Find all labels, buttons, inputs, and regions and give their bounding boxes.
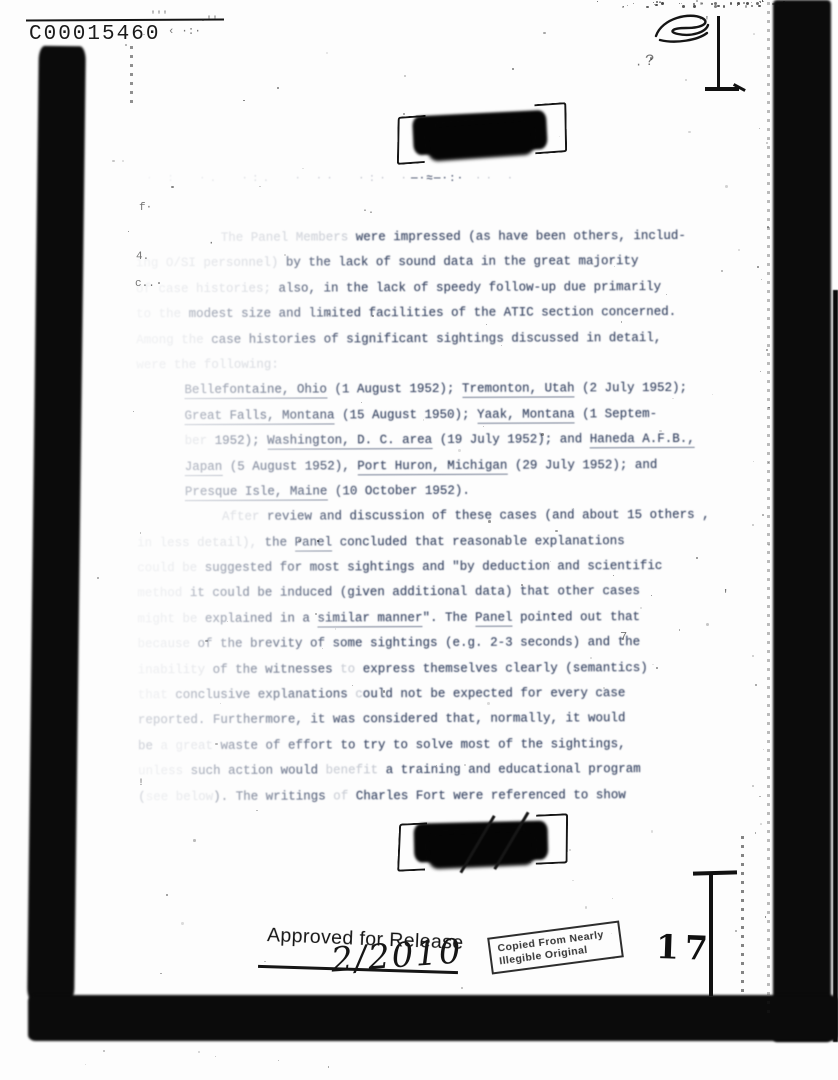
doc-line: method it could be induced (given additi… — [137, 584, 737, 612]
noise-dot — [575, 669, 577, 671]
stray-mark: ‹ ·:· — [168, 26, 201, 38]
doc-line: After review and discussion of these cas… — [137, 508, 737, 536]
noise-dot — [128, 231, 129, 232]
noise-dot — [125, 44, 127, 46]
stray-mark: 7 — [620, 630, 627, 644]
noise-dot — [112, 160, 115, 163]
case-list: Bellefontaine, Ohio (1 August 1952); Tre… — [184, 381, 737, 510]
stray-mark: ? — [645, 52, 655, 70]
noise-dot — [755, 832, 757, 834]
noise-dot — [259, 186, 261, 188]
heading-dark-fragment: —·≈—·:· — [411, 173, 464, 185]
scan-noise-column — [741, 836, 744, 994]
noise-dot — [569, 849, 571, 851]
redaction-blob — [426, 118, 534, 161]
stray-mark: ·'' — [200, 16, 218, 27]
noise-dot — [264, 961, 265, 962]
noise-dot — [215, 743, 217, 745]
noise-dot — [759, 128, 761, 130]
noise-dot — [140, 532, 141, 533]
noise-dot — [160, 973, 161, 974]
stray-mark: ' — [722, 588, 729, 602]
noise-dot — [215, 1056, 216, 1057]
paragraph: The Panel Members were impressed (as hav… — [136, 229, 737, 384]
noise-dot — [597, 1, 598, 2]
scan-border-right-stripe — [833, 290, 838, 1042]
noise-dot — [328, 1066, 329, 1067]
noise-dot — [700, 2, 703, 5]
noise-dot — [404, 75, 407, 78]
noise-dot — [521, 584, 523, 586]
stray-mark: '' — [697, 16, 710, 28]
stray-mark: · — [208, 238, 215, 250]
noise-dot — [612, 898, 613, 899]
scan-noise-column — [767, 2, 770, 1017]
noise-dot — [751, 5, 753, 7]
noise-dot — [706, 623, 709, 626]
doc-line: because of the brevity of some sightings… — [138, 635, 738, 663]
noise-dot — [403, 113, 405, 115]
stray-mark: ·. — [362, 206, 374, 217]
noise-dot — [745, 5, 748, 8]
doc-line: The Panel Members were impressed (as hav… — [136, 229, 736, 257]
noise-dot — [613, 575, 614, 576]
doc-line: were the following: — [136, 356, 736, 384]
noise-dot — [760, 2, 761, 3]
redacted-stamp-bottom — [397, 813, 569, 872]
doc-line: be a great waste of effort to try to sol… — [138, 737, 738, 765]
noise-dot — [693, 5, 695, 7]
noise-dot — [122, 160, 124, 162]
stray-mark: ! — [138, 778, 144, 789]
noise-dot — [317, 540, 318, 541]
noise-dot — [730, 2, 732, 4]
doc-line: ber 1952); Washington, D. C. area (19 Ju… — [185, 432, 737, 460]
doc-line: could be suggested for most sightings an… — [137, 559, 737, 587]
doc-line: (see below). The writings of Charles For… — [138, 787, 738, 815]
top-right-reg-mark-foot — [705, 87, 739, 91]
noise-dot — [681, 3, 682, 4]
noise-dot — [487, 702, 490, 705]
noise-dot — [759, 796, 760, 797]
top-right-reg-mark-line — [717, 16, 720, 90]
doc-line: of case histories; also, in the lack of … — [136, 279, 736, 307]
noise-dot — [585, 906, 588, 909]
noise-dot — [743, 2, 746, 5]
page-number-handwritten: 17 — [655, 927, 714, 968]
noise-dot — [735, 930, 737, 932]
document-body: The Panel Members were impressed (as hav… — [136, 229, 739, 816]
noise-dot — [627, 5, 628, 6]
noise-dot — [383, 690, 385, 692]
stray-mark: ''' — [150, 11, 168, 22]
noise-dot — [688, 131, 690, 133]
noise-dot — [166, 894, 168, 896]
noise-dot — [682, 5, 685, 8]
noise-dot — [659, 430, 662, 433]
noise-dot — [655, 4, 657, 6]
noise-dot — [751, 2, 752, 3]
noise-dot — [555, 530, 557, 532]
noise-dot — [762, 514, 764, 516]
noise-dot — [651, 830, 654, 833]
noise-dot — [543, 32, 545, 34]
noise-dot — [302, 168, 303, 169]
paragraph: After review and discussion of these cas… — [137, 508, 738, 815]
doc-id-overline — [26, 18, 224, 21]
noise-dot — [755, 684, 757, 686]
noise-dot — [646, 6, 649, 9]
noise-dot — [752, 524, 754, 526]
doc-line: reported. Furthermore, it was considered… — [138, 711, 738, 739]
scanned-document-page: C00015460 · : ·. ·:. · ·· ·:· ·—·≈—·:· ·… — [0, 0, 838, 1080]
noise-dot — [488, 520, 491, 523]
doc-line: ing O/SI personnel) by the lack of sound… — [136, 254, 736, 282]
stray-mark: 4. — [136, 251, 149, 263]
noise-dot — [717, 5, 720, 8]
noise-dot — [679, 3, 680, 4]
noise-dot — [97, 577, 99, 579]
noise-dot — [763, 749, 765, 751]
noise-dot — [326, 52, 328, 54]
noise-dot — [103, 1050, 105, 1052]
noise-dot — [761, 279, 762, 280]
doc-line: inability of the witnesses to express th… — [138, 660, 738, 688]
noise-dot — [193, 839, 195, 841]
scan-border-bottom — [28, 995, 838, 1041]
noise-dot — [512, 68, 514, 70]
noise-dot — [746, 2, 749, 5]
noise-dot — [752, 785, 754, 787]
doc-line: unless such action would benefit a train… — [138, 762, 738, 790]
noise-dot — [661, 2, 664, 5]
noise-dot — [143, 34, 144, 35]
noise-dot — [171, 186, 173, 188]
noise-dot — [622, 6, 625, 9]
noise-dot — [85, 1064, 86, 1065]
heading-faint-marks: · : ·. ·:. · ·· ·:· · — [146, 173, 411, 185]
noise-dot — [328, 313, 330, 315]
scan-border-left — [27, 46, 86, 1003]
noise-dot — [696, 0, 698, 2]
noise-dot — [656, 1, 658, 3]
noise-dot — [612, 957, 614, 959]
noise-dot — [685, 79, 687, 81]
noise-dot — [572, 880, 573, 881]
noise-dot — [541, 433, 544, 436]
noise-dot — [753, 461, 754, 462]
doc-line: Among the case histories of significant … — [136, 330, 736, 358]
redacted-stamp-top — [395, 102, 568, 166]
stray-mark: · — [635, 58, 642, 72]
noise-dot — [696, 557, 698, 559]
doc-line: Bellefontaine, Ohio (1 August 1952); Tre… — [184, 381, 736, 409]
noise-dot — [737, 2, 740, 5]
doc-line: Japan (5 August 1952), Port Huron, Michi… — [185, 457, 737, 485]
noise-dot — [640, 607, 642, 609]
noise-dot — [464, 764, 466, 766]
doc-line: to the modest size and limited facilitie… — [136, 305, 736, 333]
noise-dot — [760, 371, 761, 372]
doc-line: that conclusive explanations could not b… — [138, 686, 738, 714]
doc-line: in less detail), the Panel concluded tha… — [137, 533, 737, 561]
noise-dot — [752, 655, 754, 657]
noise-dot — [278, 1060, 279, 1061]
scan-noise-column — [130, 46, 133, 108]
heading-faint-marks: ·· · — [464, 173, 517, 185]
noise-dot — [277, 87, 280, 90]
copied-from-stamp: Copied From Nearly Illegible Original — [487, 920, 624, 974]
noise-dot — [651, 595, 652, 596]
noise-dot — [243, 100, 244, 101]
noise-dot — [181, 922, 183, 924]
doc-line: Presque Isle, Maine (10 October 1952). — [185, 483, 737, 511]
stray-mark: c.. — [135, 278, 155, 290]
noise-dot — [783, 1, 785, 3]
noise-dot — [654, 4, 655, 5]
noise-dot — [760, 823, 762, 825]
noise-dot — [725, 185, 728, 188]
scan-border-right — [773, 0, 831, 1042]
doc-line: Great Falls, Montana (15 August 1950); Y… — [185, 406, 737, 434]
noise-dot — [757, 266, 759, 268]
doc-id-label: C00015460 — [29, 23, 160, 46]
noise-dot — [768, 544, 770, 546]
noise-dot — [766, 142, 767, 143]
bottom-right-reg-mark-bar — [693, 870, 737, 875]
noise-dot — [461, 987, 463, 989]
noise-dot — [158, 282, 160, 284]
noise-dot — [758, 5, 761, 8]
noise-dot — [772, 3, 775, 6]
noise-dot — [711, 3, 713, 5]
noise-dot — [633, 3, 634, 4]
stray-mark: f· — [139, 202, 152, 214]
noise-dot — [205, 640, 208, 643]
noise-dot — [133, 411, 134, 412]
noise-dot — [723, 5, 725, 7]
noise-dot — [753, 33, 755, 35]
illegible-heading: · : ·. ·:. · ·· ·:· ·—·≈—·:· ·· · — [146, 173, 616, 185]
doc-line: might be explained in a similar manner".… — [137, 610, 737, 638]
noise-dot — [198, 1051, 200, 1053]
noise-dot — [659, 2, 660, 3]
noise-dot — [335, 628, 337, 630]
noise-dot — [298, 539, 301, 542]
noise-dot — [256, 810, 257, 811]
noise-dot — [738, 249, 740, 251]
